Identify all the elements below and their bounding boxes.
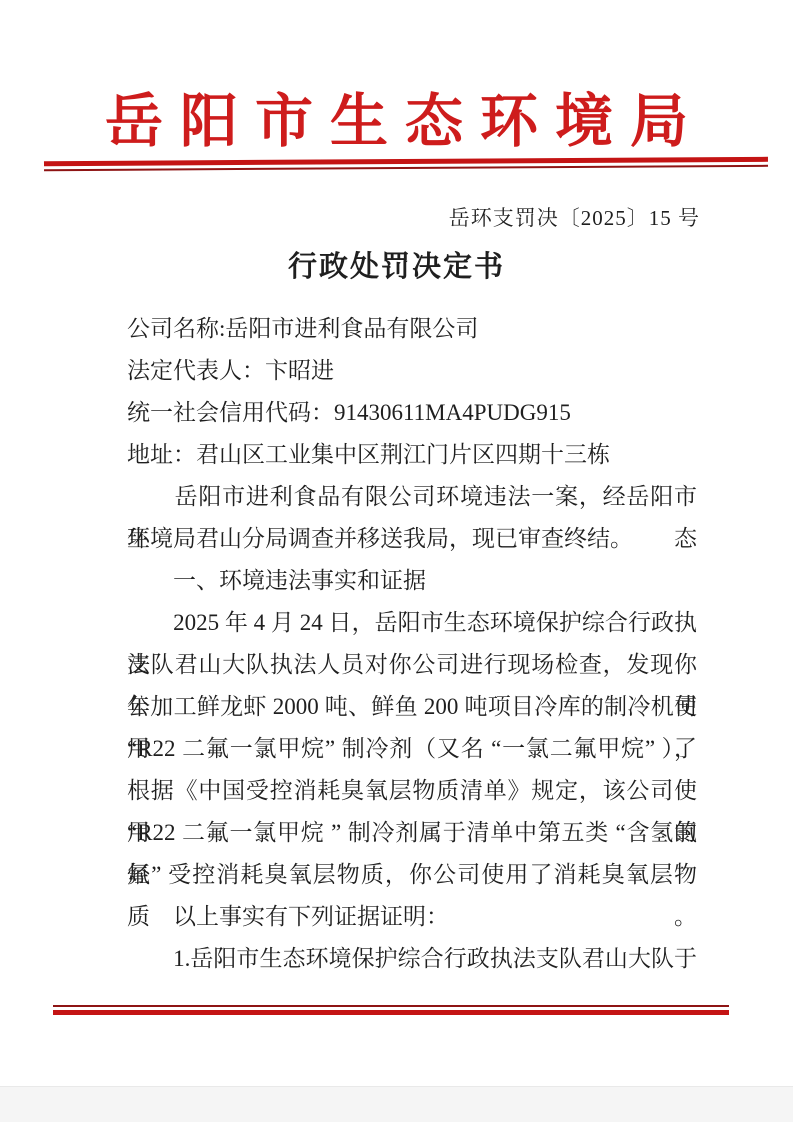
footer-double-rule [53,1005,729,1015]
body-line-facts-6: “R22 二氟一氯甲烷 ” 制冷剂属于清单中第五类 “含氢氯氟 [127,812,697,854]
body-line-facts-4: “R22 二氟一氯甲烷” 制冷剂（又名 “一氯二氟甲烷” ）， [127,728,697,770]
page-bottom-scan-edge [0,1086,793,1122]
body-line-evidence-1: 1.岳阳市生态环境保护综合行政执法支队君山大队于 [127,938,697,980]
body-line-facts-3: 年加工鲜龙虾 2000 吨、鲜鱼 200 吨项目冷库的制冷机使用了 [127,686,697,728]
body-line-facts-5: 根据《中国受控消耗臭氧层物质清单》规定，该公司使用的 [127,770,697,812]
document-body: 公司名称:岳阳市进利食品有限公司 法定代表人：卞昭进 统一社会信用代码：9143… [127,308,697,980]
body-line-facts-1: 2025 年 4 月 24 日，岳阳市生态环境保护综合行政执法 [127,602,697,644]
document-title: 行政处罚决定书 [0,244,793,285]
body-line-legal-representative: 法定代表人：卞昭进 [127,350,697,392]
body-line-section-heading: 一、环境违法事实和证据 [127,560,697,602]
body-line-case-intro-1: 岳阳市进利食品有限公司环境违法一案，经岳阳市生态 [127,476,697,518]
agency-letterhead-title: 岳阳市生态环境局 [0,74,793,158]
body-line-company-name: 公司名称:岳阳市进利食品有限公司 [127,308,697,350]
body-line-case-intro-2: 环境局君山分局调查并移送我局，现已审查终结。 [127,518,697,560]
body-line-facts-7: 烃” 受控消耗臭氧层物质，你公司使用了消耗臭氧层物质。 [127,854,697,896]
document-reference-number: 岳环支罚决〔2025〕15 号 [449,202,700,232]
letterhead-double-rule [44,157,768,171]
body-line-credit-code: 统一社会信用代码：91430611MA4PUDG915 [127,392,697,434]
rule-thick-line [53,1010,729,1015]
body-line-facts-2: 支队君山大队执法人员对你公司进行现场检查，发现你公司 [127,644,697,686]
scanned-official-document-page: 岳阳市生态环境局 岳环支罚决〔2025〕15 号 行政处罚决定书 公司名称:岳阳… [0,0,793,1122]
body-line-address: 地址：君山区工业集中区荆江门片区四期十三栋 [127,434,697,476]
